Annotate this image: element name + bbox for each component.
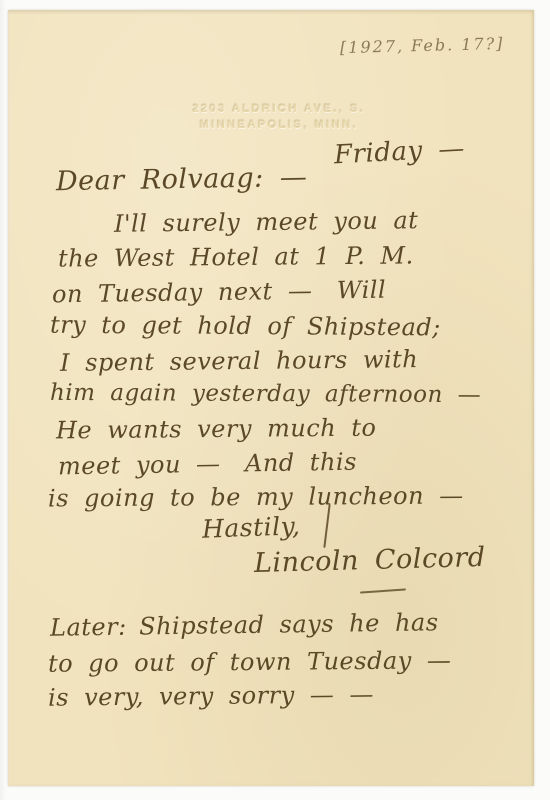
body-line-3: on Tuesday next — Will bbox=[52, 276, 386, 309]
letter-date-line: Friday — bbox=[333, 134, 465, 171]
body-line-5: I spent several hours with bbox=[60, 345, 418, 377]
letterhead-address-line1: 2203 ALDRICH AVE., S. bbox=[16, 103, 542, 115]
letter-salutation: Dear Rolvaag: — bbox=[56, 162, 308, 197]
body-line-1: I'll surely meet you at bbox=[114, 206, 419, 238]
body-line-6: him again yesterday afternoon — bbox=[50, 380, 481, 408]
signature: Lincoln Colcord bbox=[254, 542, 486, 579]
postscript-line-2: to go out of town Tuesday — bbox=[48, 646, 452, 678]
postscript-line-3: is very, very sorry — — bbox=[48, 680, 374, 711]
signature-underline-flourish bbox=[360, 588, 406, 593]
body-line-2: the West Hotel at 1 P. M. bbox=[58, 241, 414, 272]
scanned-letter-page: [1927, Feb. 17?] 2203 ALDRICH AVE., S. M… bbox=[0, 0, 550, 800]
postscript-line-1: Later: Shipstead says he has bbox=[50, 608, 439, 641]
archival-date-annotation: [1927, Feb. 17?] bbox=[340, 34, 505, 57]
body-line-9: is going to be my luncheon — bbox=[48, 482, 464, 513]
letter-closing: Hastily, bbox=[202, 511, 301, 543]
body-line-8: meet you — And this bbox=[58, 448, 357, 481]
pen-stroke-flourish bbox=[323, 504, 330, 548]
body-line-4: try to get hold of Shipstead; bbox=[50, 311, 441, 342]
letter-paper-sheet: [1927, Feb. 17?] 2203 ALDRICH AVE., S. M… bbox=[8, 10, 534, 786]
letterhead-address-line2: MINNEAPOLIS, MINN. bbox=[16, 119, 542, 131]
body-line-7: He wants very much to bbox=[56, 414, 377, 445]
